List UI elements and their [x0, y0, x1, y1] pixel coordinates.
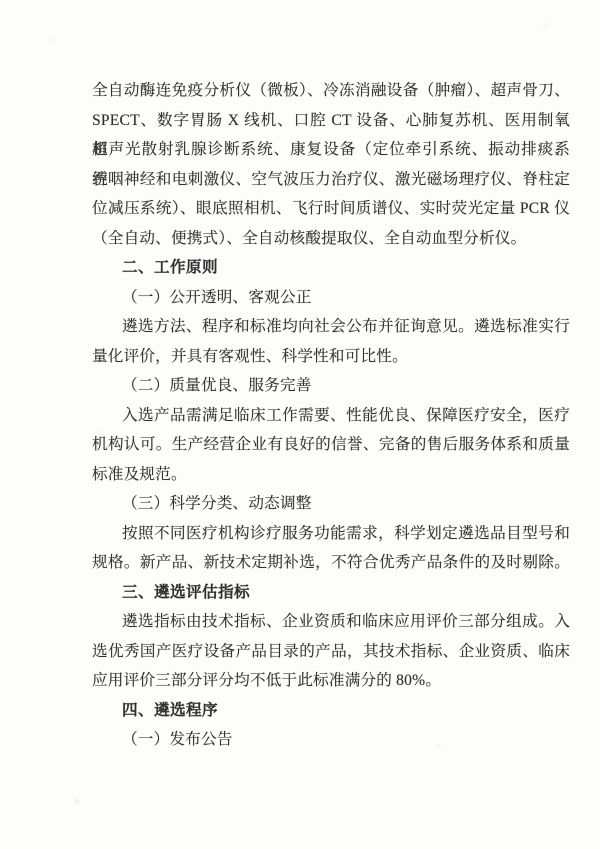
- subsection-heading: （二）质量优良、服务完善: [92, 371, 570, 401]
- text-line: 全自动酶连免疫分析仪（微板）、冷冻消融设备（肿瘤）、超声骨刀、: [92, 76, 570, 106]
- scan-speck: [543, 24, 550, 27]
- scan-speck: [48, 38, 54, 41]
- text-line: 机构认可。生产经营企业有良好的信誉、完备的售后服务体系和质量: [92, 430, 570, 460]
- section-heading: 三、遴选评估指标: [92, 578, 570, 608]
- section-heading: 四、遴选程序: [92, 696, 570, 726]
- text-line: （全自动、便携式）、全自动核酸提取仪、全自动血型分析仪。: [92, 224, 570, 254]
- text-line: SPECT、数字胃肠 X 线机、口腔 CT 设备、心肺复苏机、医用制氧机、: [92, 106, 570, 136]
- subsection-heading: （三）科学分类、动态调整: [92, 489, 570, 519]
- text-line: 吞咽神经和电刺激仪、空气波压力治疗仪、激光磁场理疗仪、脊柱定: [92, 165, 570, 195]
- text-line: 超声光散射乳腺诊断系统、康复设备（定位牵引系统、振动排痰系统、: [92, 135, 570, 165]
- document-page: 全自动酶连免疫分析仪（微板）、冷冻消融设备（肿瘤）、超声骨刀、 SPECT、数字…: [0, 0, 600, 849]
- subsection-heading: （一）发布公告: [92, 725, 570, 755]
- text-line: 规格。新产品、新技术定期补选，不符合优秀产品条件的及时剔除。: [92, 548, 570, 578]
- scan-speck: [74, 799, 80, 803]
- text-line: 标准及规范。: [92, 460, 570, 490]
- document-text: 全自动酶连免疫分析仪（微板）、冷冻消融设备（肿瘤）、超声骨刀、 SPECT、数字…: [92, 76, 570, 755]
- text-line: 量化评价，并具有客观性、科学性和可比性。: [92, 342, 570, 372]
- text-line: 应用评价三部分评分均不低于此标准满分的 80%。: [92, 666, 570, 696]
- text-line: 位减压系统）、眼底照相机、飞行时间质谱仪、实时荧光定量 PCR 仪: [92, 194, 570, 224]
- text-line: 遴选方法、程序和标准均向社会公布并征询意见。遴选标准实行: [92, 312, 570, 342]
- section-heading: 二、工作原则: [92, 253, 570, 283]
- text-line: 选优秀国产医疗设备产品目录的产品，其技术指标、企业资质、临床: [92, 637, 570, 667]
- text-line: 按照不同医疗机构诊疗服务功能需求，科学划定遴选品目型号和: [92, 519, 570, 549]
- subsection-heading: （一）公开透明、客观公正: [92, 283, 570, 313]
- text-line: 遴选指标由技术指标、企业资质和临床应用评价三部分组成。入: [92, 607, 570, 637]
- text-line: 入选产品需满足临床工作需要、性能优良、保障医疗安全，医疗: [92, 401, 570, 431]
